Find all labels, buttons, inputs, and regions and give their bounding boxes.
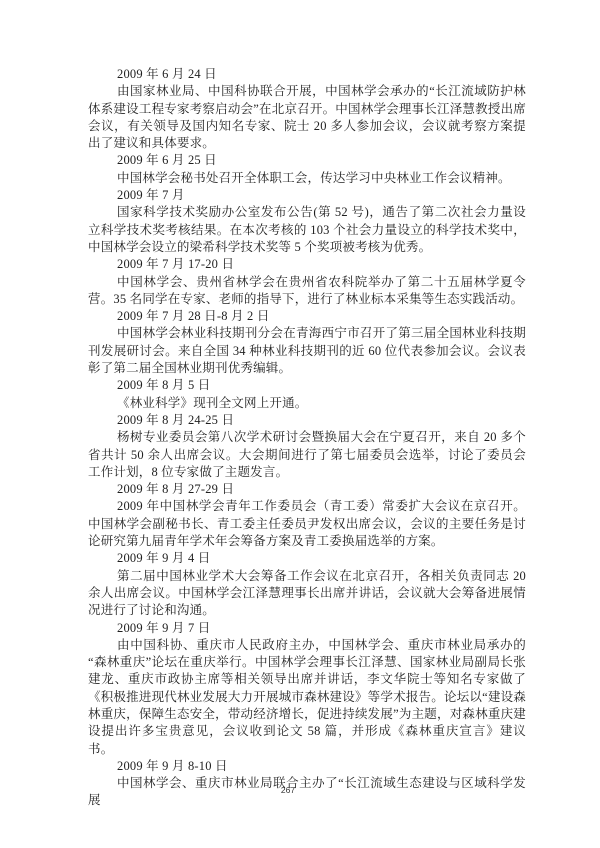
chronicle-entry: 2009 年 8 月 24-25 日 杨树专业委员会第八次学术研讨会暨换届大会在… bbox=[88, 412, 526, 481]
entry-paragraph: 第二届中国林业学术大会筹备工作会议在北京召开，各相关负责同志 20 余人出席会议… bbox=[88, 568, 526, 620]
page-number: 267 bbox=[88, 785, 488, 795]
entry-paragraph: 中国林学会秘书处召开全体职工会，传达学习中央林业工作会议精神。 bbox=[88, 170, 526, 187]
entry-date: 2009 年 6 月 25 日 bbox=[88, 152, 526, 169]
chronicle-entry: 2009 年 9 月 8-10 日 中国林学会、重庆市林业局联合主办了“长江流域… bbox=[88, 758, 526, 810]
chronicle-entry: 2009 年 7 月 17-20 日 中国林学会、贵州省林学会在贵州省农科院举办… bbox=[88, 256, 526, 308]
entry-date: 2009 年 8 月 24-25 日 bbox=[88, 412, 526, 429]
chronicle-entry: 2009 年 6 月 24 日 由国家林业局、中国科协联合开展，中国林学会承办的… bbox=[88, 66, 526, 152]
chronicle-entry: 2009 年 9 月 7 日 由中国科协、重庆市人民政府主办，中国林学会、重庆市… bbox=[88, 620, 526, 758]
entry-paragraph: 杨树专业委员会第八次学术研讨会暨换届大会在宁夏召开，来自 20 多个省共计 50… bbox=[88, 429, 526, 481]
entry-paragraph: 2009 年中国林学会青年工作委员会（青工委）常委扩大会议在京召开。中国林学会副… bbox=[88, 498, 526, 550]
entry-paragraph: 中国林学会林业科技期刊分会在青海西宁市召开了第三届全国林业科技期刊发展研讨会。来… bbox=[88, 325, 526, 377]
chronicle-entry: 2009 年 8 月 27-29 日 2009 年中国林学会青年工作委员会（青工… bbox=[88, 481, 526, 550]
entry-date: 2009 年 9 月 4 日 bbox=[88, 550, 526, 567]
entry-paragraph: 由国家林业局、中国科协联合开展，中国林学会承办的“长江流域防护林体系建设工程专家… bbox=[88, 83, 526, 152]
chronicle-entry: 2009 年 6 月 25 日 中国林学会秘书处召开全体职工会，传达学习中央林业… bbox=[88, 152, 526, 187]
chronicle-entry: 2009 年 7 月 国家科学技术奖励办公室发布公告(第 52 号)，通告了第二… bbox=[88, 187, 526, 256]
entry-paragraph: 由中国科协、重庆市人民政府主办，中国林学会、重庆市林业局承办的“森林重庆”论坛在… bbox=[88, 637, 526, 758]
document-page: 2009 年 6 月 24 日 由国家林业局、中国科协联合开展，中国林学会承办的… bbox=[0, 0, 600, 848]
entry-date: 2009 年 6 月 24 日 bbox=[88, 66, 526, 83]
entry-date: 2009 年 7 月 bbox=[88, 187, 526, 204]
entry-date: 2009 年 9 月 7 日 bbox=[88, 620, 526, 637]
entries: 2009 年 6 月 24 日 由国家林业局、中国科协联合开展，中国林学会承办的… bbox=[88, 66, 526, 810]
entry-paragraph: 国家科学技术奖励办公室发布公告(第 52 号)，通告了第二次社会力量设立科学技术… bbox=[88, 204, 526, 256]
entry-date: 2009 年 7 月 17-20 日 bbox=[88, 256, 526, 273]
entry-paragraph: 中国林学会、贵州省林学会在贵州省农科院举办了第二十五届林学夏令营。35 名同学在… bbox=[88, 274, 526, 309]
entry-date: 2009 年 8 月 5 日 bbox=[88, 377, 526, 394]
chronicle-entry: 2009 年 7 月 28 日-8 月 2 日 中国林学会林业科技期刊分会在青海… bbox=[88, 308, 526, 377]
chronicle-entry: 2009 年 9 月 4 日 第二届中国林业学术大会筹备工作会议在北京召开，各相… bbox=[88, 550, 526, 619]
chronicle-entry: 2009 年 8 月 5 日 《林业科学》现刊全文网上开通。 bbox=[88, 377, 526, 412]
entry-paragraph: 《林业科学》现刊全文网上开通。 bbox=[88, 395, 526, 412]
entry-date: 2009 年 9 月 8-10 日 bbox=[88, 758, 526, 775]
entry-date: 2009 年 7 月 28 日-8 月 2 日 bbox=[88, 308, 526, 325]
entry-date: 2009 年 8 月 27-29 日 bbox=[88, 481, 526, 498]
